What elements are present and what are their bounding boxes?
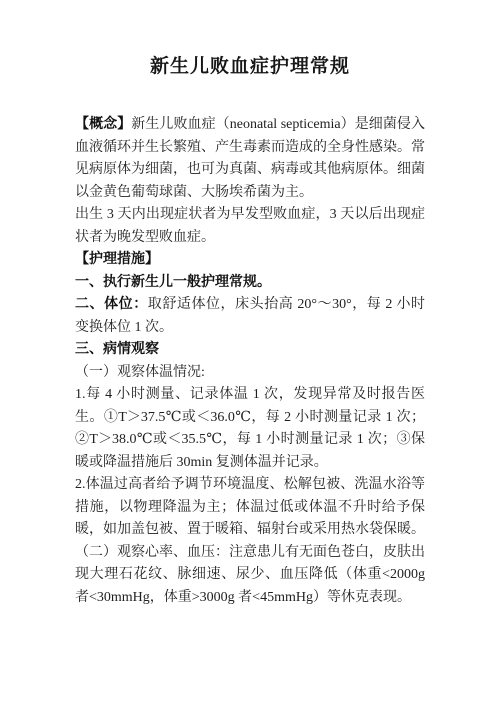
paragraph-lead: 【护理措施】 [75, 252, 159, 267]
paragraph-text: （一）观察体温情况: [75, 365, 205, 380]
paragraph-text: （二）观察心率、血压：注意患儿有无面色苍白，皮肤出现大理石花纹、脉细速、尿少、血… [75, 545, 425, 605]
paragraph-lead: 【概念】 [75, 117, 131, 132]
paragraph: 2.体温过高者给予调节环境温度、松解包被、洗温水浴等措施，以物理降温为主；体温过… [75, 474, 425, 542]
paragraph: （二）观察心率、血压：注意患儿有无面色苍白，皮肤出现大理石花纹、脉细速、尿少、血… [75, 542, 425, 610]
paragraph: 【概念】新生儿败血症（neonatal septicemia）是细菌侵入血液循环… [75, 114, 425, 204]
document-body: 【概念】新生儿败血症（neonatal septicemia）是细菌侵入血液循环… [75, 114, 425, 609]
paragraph: 二、体位：取舒适体位，床头抬高 20°～30°，每 2 小时变换体位 1 次。 [75, 294, 425, 339]
paragraph-text: 出生 3 天内出现症状者为早发型败血症，3 天以后出现症状者为晚发型败血症。 [75, 207, 425, 245]
document-page: 新生儿败血症护理常规 【概念】新生儿败血症（neonatal septicemi… [0, 0, 500, 707]
document-title: 新生儿败血症护理常规 [75, 50, 425, 84]
paragraph: 一、执行新生儿一般护理常规。 [75, 272, 425, 295]
paragraph-text: 1.每 4 小时测量、记录体温 1 次，发现异常及时报告医生。①T＞37.5℃或… [75, 387, 425, 470]
paragraph: （一）观察体温情况: [75, 362, 425, 385]
paragraph-text: 2.体温过高者给予调节环境温度、松解包被、洗温水浴等措施，以物理降温为主；体温过… [75, 477, 425, 537]
paragraph-lead: 一、执行新生儿一般护理常规。 [75, 275, 271, 290]
paragraph-lead: 三、病情观察 [75, 342, 159, 357]
paragraph: 三、病情观察 [75, 339, 425, 362]
paragraph: 出生 3 天内出现症状者为早发型败血症，3 天以后出现症状者为晚发型败血症。 [75, 204, 425, 249]
paragraph-lead: 二、体位： [75, 297, 148, 312]
paragraph: 【护理措施】 [75, 249, 425, 272]
paragraph: 1.每 4 小时测量、记录体温 1 次，发现异常及时报告医生。①T＞37.5℃或… [75, 384, 425, 474]
